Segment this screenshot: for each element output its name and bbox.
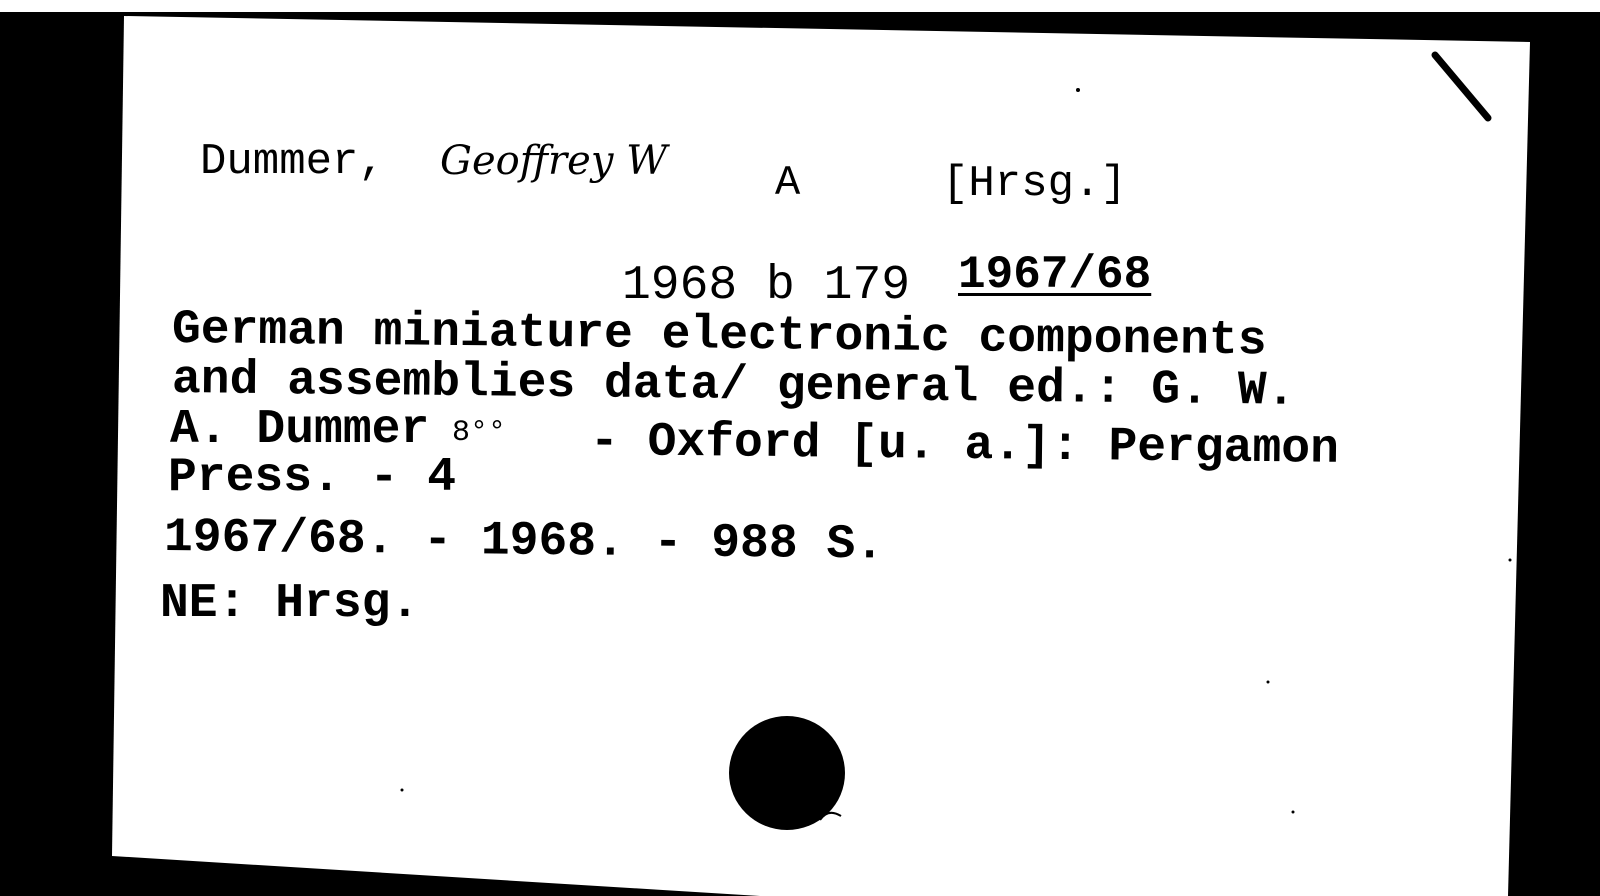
shelfmark-year: 1967/68	[958, 252, 1151, 298]
format-superscript: 8°°	[452, 418, 506, 448]
author-handwritten-given-name: Geoffrey W	[440, 138, 667, 184]
shelfmark-number: 1968 b 179	[622, 262, 910, 310]
imprint-line: - Oxford [u. a.]: Pergamon	[590, 418, 1339, 474]
ne-entry: NE: Hrsg.	[160, 580, 419, 628]
collation-line: 1967/68. - 1968. - 988 S.	[164, 514, 885, 570]
author-initial: A	[775, 162, 800, 204]
editor-role: [Hrsg.]	[942, 162, 1127, 206]
title-line-3: A. Dummer	[170, 406, 429, 454]
author-surname: Dummer,	[200, 140, 385, 184]
title-line-4: Press. - 4	[168, 454, 456, 502]
